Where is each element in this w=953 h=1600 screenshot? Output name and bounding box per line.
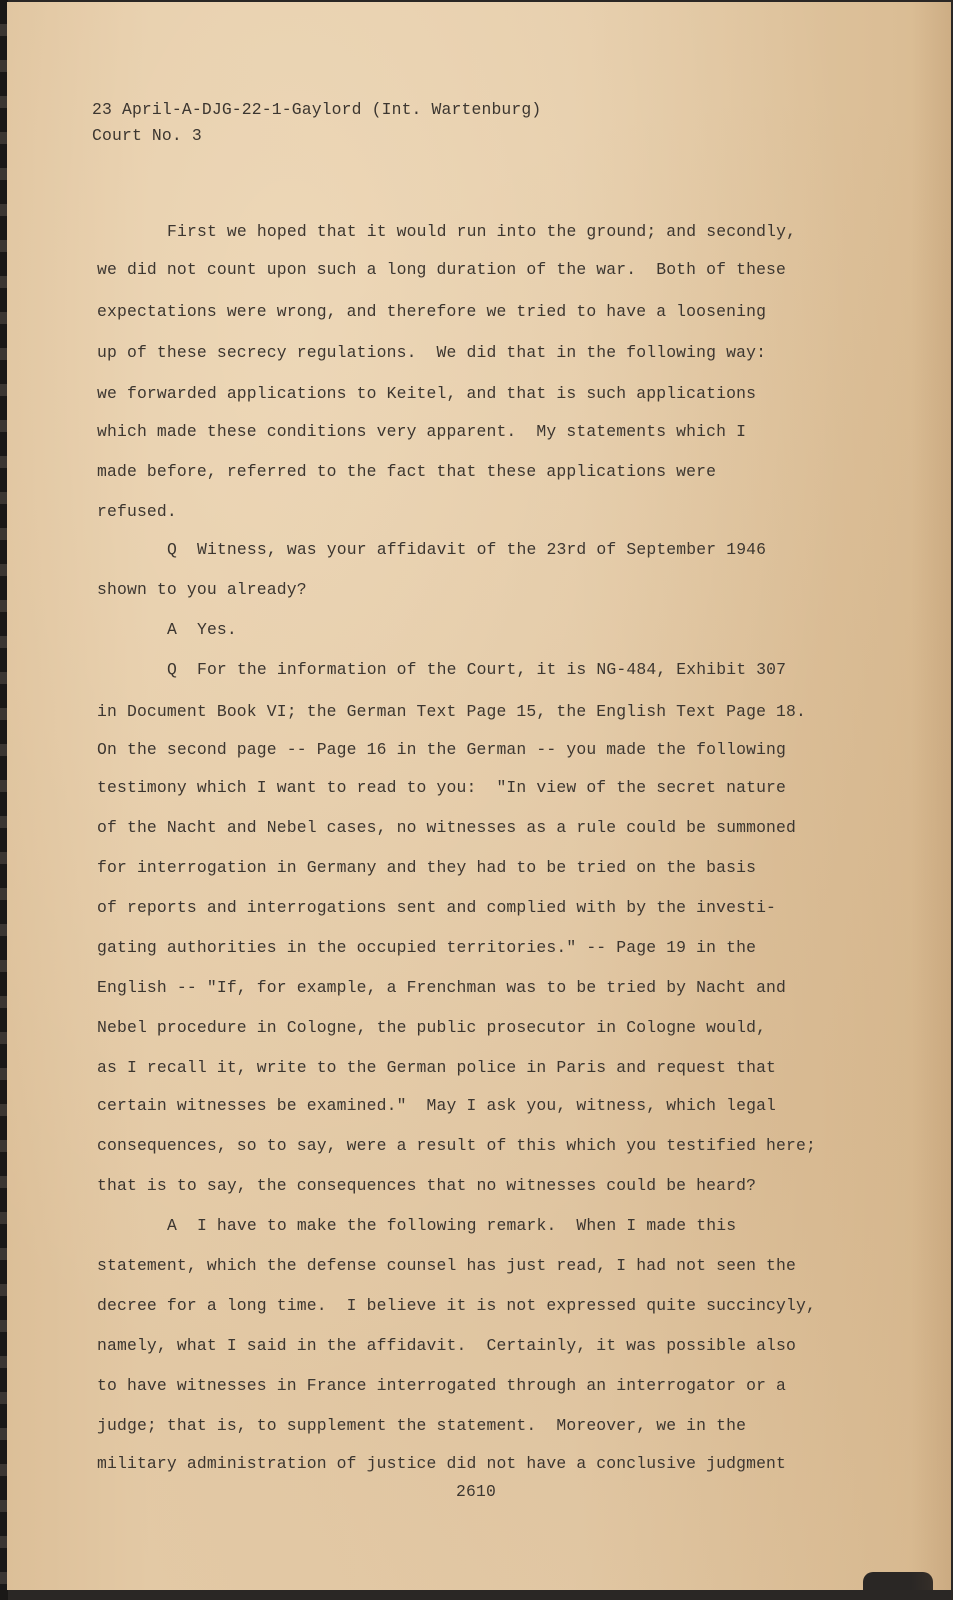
typed-line: A I have to make the following remark. W…	[97, 1216, 736, 1235]
typed-line: as I recall it, write to the German poli…	[97, 1058, 776, 1077]
typed-line: statement, which the defense counsel has…	[97, 1256, 796, 1275]
typed-line: of reports and interrogations sent and c…	[97, 898, 776, 917]
typed-line: up of these secrecy regulations. We did …	[97, 343, 766, 362]
typed-line: in Document Book VI; the German Text Pag…	[97, 702, 806, 721]
typed-line: consequences, so to say, were a result o…	[97, 1136, 816, 1155]
typed-line: certain witnesses be examined." May I as…	[97, 1096, 776, 1115]
typed-line: testimony which I want to read to you: "…	[97, 778, 786, 797]
typed-line: made before, referred to the fact that t…	[97, 462, 716, 481]
typed-line: expectations were wrong, and therefore w…	[97, 302, 766, 321]
typed-line: gating authorities in the occupied terri…	[97, 938, 756, 957]
typed-line: we did not count upon such a long durati…	[97, 260, 786, 279]
scan-tab-mark	[863, 1572, 933, 1594]
typed-line: Q For the information of the Court, it i…	[97, 660, 786, 679]
header-court-number: Court No. 3	[92, 126, 202, 145]
document-page: 23 April-A-DJG-22-1-Gaylord (Int. Warten…	[7, 2, 951, 1590]
typed-line: for interrogation in Germany and they ha…	[97, 858, 756, 877]
typed-line: of the Nacht and Nebel cases, no witness…	[97, 818, 796, 837]
typed-line: that is to say, the consequences that no…	[97, 1176, 756, 1195]
typed-line: On the second page -- Page 16 in the Ger…	[97, 740, 786, 759]
typed-line: decree for a long time. I believe it is …	[97, 1296, 816, 1315]
typed-line: First we hoped that it would run into th…	[97, 222, 796, 241]
typed-line: shown to you already?	[97, 580, 307, 599]
typed-line: judge; that is, to supplement the statem…	[97, 1416, 746, 1435]
typed-line: military administration of justice did n…	[97, 1454, 786, 1473]
header-case-reference: 23 April-A-DJG-22-1-Gaylord (Int. Warten…	[92, 100, 541, 119]
typed-line: namely, what I said in the affidavit. Ce…	[97, 1336, 796, 1355]
typed-line: A Yes.	[97, 620, 237, 639]
typed-line: Q Witness, was your affidavit of the 23r…	[97, 540, 766, 559]
typed-line: which made these conditions very apparen…	[97, 422, 746, 441]
typed-line: refused.	[97, 502, 177, 521]
typed-line: Nebel procedure in Cologne, the public p…	[97, 1018, 766, 1037]
page-number: 2610	[456, 1482, 496, 1501]
typed-line: English -- "If, for example, a Frenchman…	[97, 978, 786, 997]
typed-line: to have witnesses in France interrogated…	[97, 1376, 786, 1395]
typed-line: we forwarded applications to Keitel, and…	[97, 384, 756, 403]
